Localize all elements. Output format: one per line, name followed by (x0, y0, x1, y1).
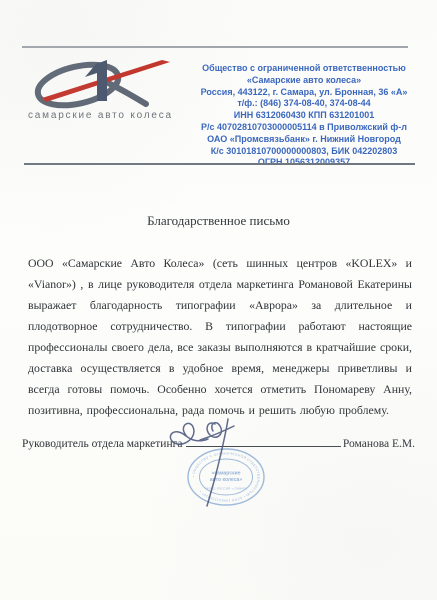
letterhead-line-phone: т/ф.: (846) 374-08-40, 374-08-44 (176, 98, 432, 110)
letterhead-line-bank: ОАО «Промсвязьбанк» г. Нижний Новгород (176, 134, 432, 146)
top-divider-line (22, 46, 408, 48)
logo-cak-monogram (34, 58, 170, 111)
company-logo (26, 55, 178, 111)
letterhead-divider-line (24, 163, 415, 165)
letterhead-block: Общество с ограниченной ответственностью… (176, 63, 432, 169)
letter-body-paragraph: ООО «Самарские Авто Колеса» (сеть шинных… (28, 253, 412, 421)
signer-role: Руководитель отдела маркетинга (22, 438, 182, 450)
letterhead-line-corr-account: К/с 30101810700000000803, БИК 042202803 (176, 146, 432, 158)
handwritten-signature (160, 416, 272, 510)
letterhead-line-company-name: «Самарские авто колеса» (176, 75, 432, 87)
letter-title: Благодарственное письмо (0, 213, 437, 229)
scanned-letter-page: самарские авто колеса Общество с огранич… (0, 0, 437, 600)
logo-tagline: самарские авто колеса (28, 110, 198, 121)
letterhead-line-address: Россия, 443122, г. Самара, ул. Бронная, … (176, 87, 432, 99)
letterhead-line-inn-kpp: ИНН 6312060430 КПП 631201001 (176, 110, 432, 122)
signer-name: Романова Е.М. (343, 438, 415, 450)
letterhead-line-account: Р/с 40702810703000005114 в Приволжский ф… (176, 122, 432, 134)
letterhead-line-company-form: Общество с ограниченной ответственностью (176, 63, 432, 75)
